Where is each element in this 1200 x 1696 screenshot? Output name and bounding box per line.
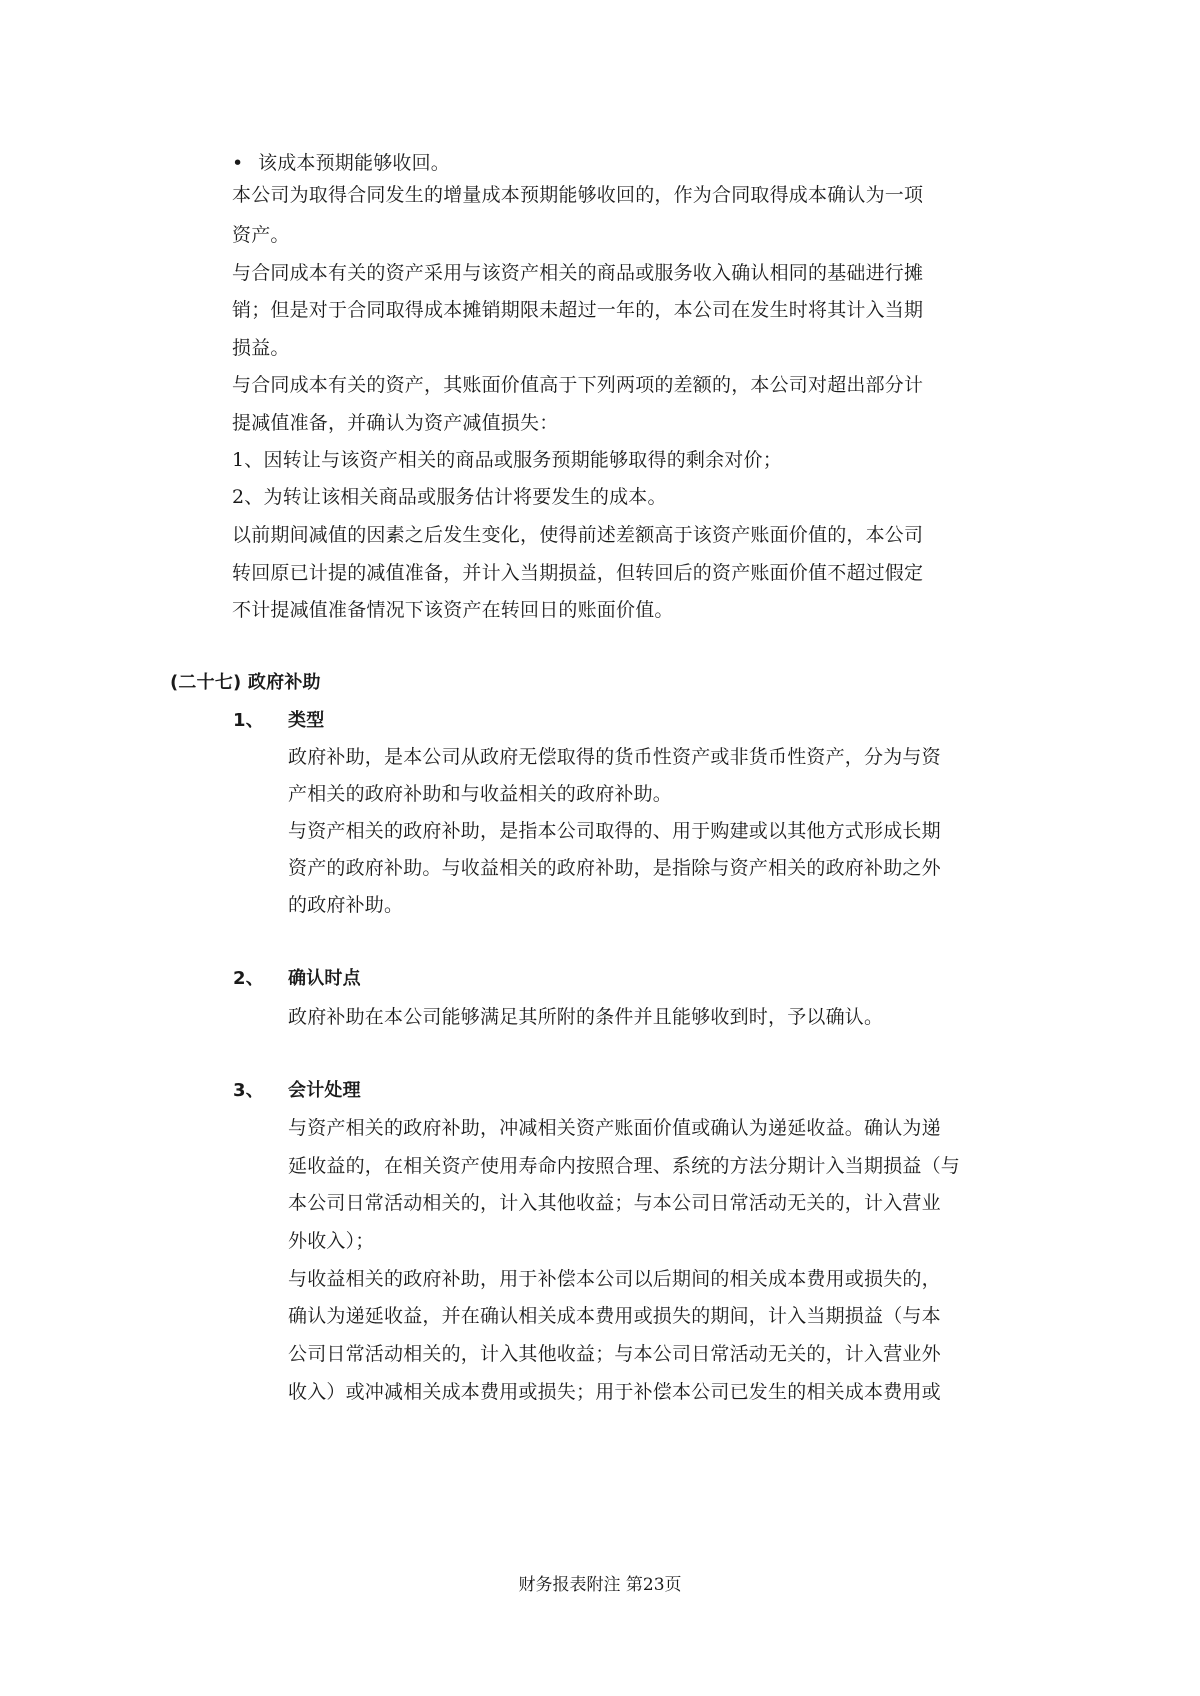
paragraph-line: 销；但是对于合同取得成本摊销期限未超过一年的，本公司在发生时将其计入当期 bbox=[232, 297, 923, 323]
paragraph-line: 本公司为取得合同发生的增量成本预期能够收回的，作为合同取得成本确认为一项 bbox=[232, 182, 923, 208]
paragraph-line: 与合同成本有关的资产采用与该资产相关的商品或服务收入确认相同的基础进行摊 bbox=[232, 260, 923, 286]
paragraph-line: 不计提减值准备情况下该资产在转回日的账面价值。 bbox=[232, 597, 674, 623]
paragraph-line: 资产。 bbox=[232, 222, 290, 248]
paragraph-line: 与收益相关的政府补助，用于补偿本公司以后期间的相关成本费用或损失的， bbox=[288, 1266, 941, 1292]
bullet-icon: • bbox=[232, 150, 258, 176]
paragraph-line: 与合同成本有关的资产，其账面价值高于下列两项的差额的，本公司对超出部分计 bbox=[232, 372, 923, 398]
subsection-number: 3、 bbox=[233, 1078, 264, 1104]
subsection-title: 类型 bbox=[288, 708, 324, 734]
paragraph-line: 本公司日常活动相关的，计入其他收益；与本公司日常活动无关的，计入营业 bbox=[288, 1190, 941, 1216]
paragraph-line: 与资产相关的政府补助，冲减相关资产账面价值或确认为递延收益。确认为递 bbox=[288, 1115, 941, 1141]
subsection-number: 1、 bbox=[233, 708, 264, 734]
section-heading: (二十七) 政府补助 bbox=[170, 670, 321, 696]
subsection-title: 会计处理 bbox=[288, 1078, 361, 1104]
subsection-number: 2、 bbox=[233, 966, 264, 992]
subsection-title: 确认时点 bbox=[288, 966, 361, 992]
paragraph-line: 以前期间减值的因素之后发生变化，使得前述差额高于该资产账面价值的，本公司 bbox=[232, 522, 923, 548]
paragraph-line: 损益。 bbox=[232, 335, 290, 361]
paragraph-line: 确认为递延收益，并在确认相关成本费用或损失的期间，计入当期损益（与本 bbox=[288, 1303, 941, 1329]
paragraph-line: 的政府补助。 bbox=[288, 892, 403, 918]
list-item: 1、因转让与该资产相关的商品或服务预期能够取得的剩余对价； bbox=[232, 447, 782, 473]
paragraph-line: 提减值准备，并确认为资产减值损失： bbox=[232, 410, 558, 436]
paragraph-line: 外收入）； bbox=[288, 1228, 375, 1254]
paragraph-line: 公司日常活动相关的，计入其他收益；与本公司日常活动无关的，计入营业外 bbox=[288, 1341, 941, 1367]
paragraph-line: 政府补助在本公司能够满足其所附的条件并且能够收到时，予以确认。 bbox=[288, 1004, 883, 1030]
paragraph-line: 延收益的，在相关资产使用寿命内按照合理、系统的方法分期计入当期损益（与 bbox=[288, 1153, 960, 1179]
bullet-item: •该成本预期能够收回。 bbox=[232, 150, 450, 176]
document-page: •该成本预期能够收回。 本公司为取得合同发生的增量成本预期能够收回的，作为合同取… bbox=[0, 0, 1200, 1696]
paragraph-line: 政府补助，是本公司从政府无偿取得的货币性资产或非货币性资产，分为与资 bbox=[288, 744, 941, 770]
paragraph-line: 产相关的政府补助和与收益相关的政府补助。 bbox=[288, 781, 672, 807]
list-item: 2、为转让该相关商品或服务估计将要发生的成本。 bbox=[232, 484, 667, 510]
paragraph-line: 资产的政府补助。与收益相关的政府补助，是指除与资产相关的政府补助之外 bbox=[288, 855, 941, 881]
paragraph-line: 收入）或冲减相关成本费用或损失；用于补偿本公司已发生的相关成本费用或 bbox=[288, 1379, 941, 1405]
page-footer: 财务报表附注 第23页 bbox=[0, 1570, 1200, 1595]
paragraph-line: 与资产相关的政府补助，是指本公司取得的、用于购建或以其他方式形成长期 bbox=[288, 818, 941, 844]
paragraph-line: 转回原已计提的减值准备，并计入当期损益，但转回后的资产账面价值不超过假定 bbox=[232, 560, 923, 586]
